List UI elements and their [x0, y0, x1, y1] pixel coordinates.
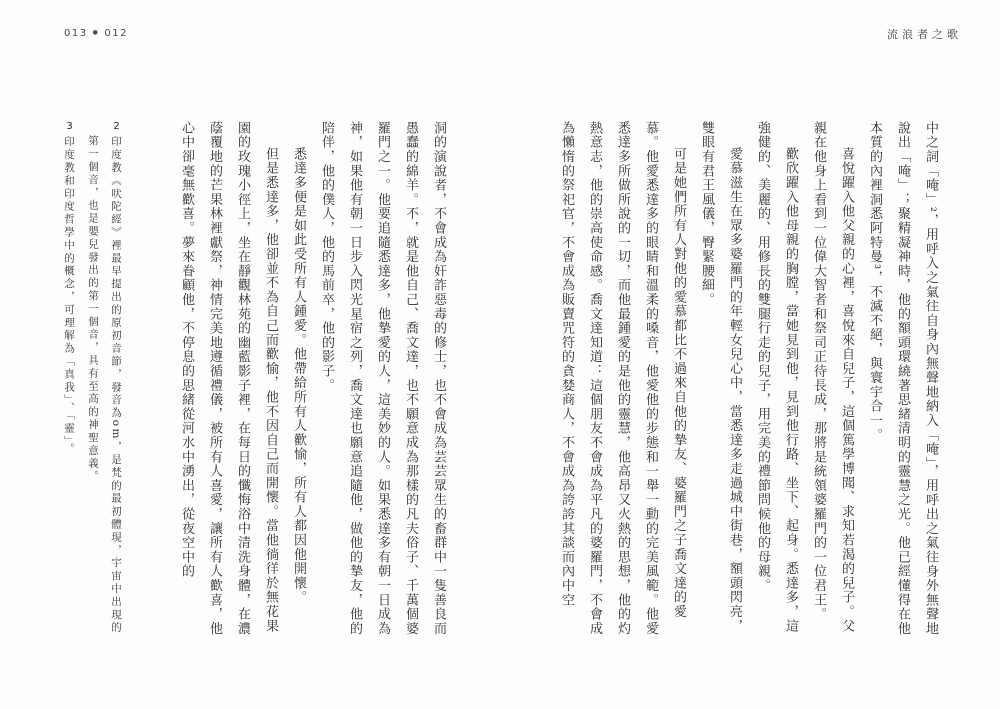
- page-numbers: 013●012: [64, 28, 128, 39]
- paragraph: 喜悅躍入他父親的心裡，喜悅來自兒子，這個篤學博聞、求知若渴的兒子。父親在他身上看…: [804, 121, 860, 639]
- paragraph: 愛慕滋生在眾多婆羅門的年輕女兒心中，當悉達多走過城中街巷，額頭閃亮，雙眼有君王風…: [692, 121, 748, 639]
- footnote-text: 印度教《吠陀經》裡最早提出的原初音節，發音為om，是梵的最初體現，宇宙中出現的第…: [87, 135, 122, 634]
- book-spread: 013●012 流浪者之歌 中之詞「唵」²，用呼入之氣往自身內無聲地納入「唵」，…: [0, 0, 1000, 709]
- paragraph: 歡欣躍入他母親的胸膛，當她見到他，見到他行路、坐下、起身。悉達多，這強健的、美麗…: [748, 121, 804, 639]
- paragraph: 但是悉達多，他卻並不為自己而歡愉，他不因自己而開懷。當他徜徉於無花果園的玫瑰小徑…: [172, 121, 284, 639]
- page-number-right: 012: [104, 28, 128, 39]
- footnote-number: 2: [111, 121, 122, 132]
- paragraph: 可是她們所有人對他的愛慕都比不過來自他的摯友、婆羅門之子喬文達的愛慕。他愛悉達多…: [552, 121, 692, 639]
- page-number-separator-icon: ●: [93, 29, 100, 36]
- running-title: 流浪者之歌: [887, 26, 962, 42]
- page-number-left: 013: [64, 28, 88, 39]
- footnote-number: 3: [64, 121, 75, 132]
- right-page-text: 中之詞「唵」²，用呼入之氣往自身內無聲地納入「唵」，用呼出之氣往身外無聲地說出「…: [552, 121, 944, 639]
- footnote: 3印度教和印度哲學中的概念，可理解為「真我」、「靈」。: [57, 121, 81, 639]
- footnote-text: 印度教和印度哲學中的概念，可理解為「真我」、「靈」。: [63, 136, 75, 456]
- paragraph: 洞的演說者，不會成為奸詐惡毒的修士，也不會成為芸芸眾生的畜群中一隻善良而愚蠢的綿…: [312, 121, 452, 639]
- paragraph: 中之詞「唵」²，用呼入之氣往自身內無聲地納入「唵」，用呼出之氣往身外無聲地說出「…: [860, 121, 944, 639]
- footnote: 2印度教《吠陀經》裡最早提出的原初音節，發音為om，是梵的最初體現，宇宙中出現的…: [81, 121, 128, 639]
- footnotes: 2印度教《吠陀經》裡最早提出的原初音節，發音為om，是梵的最初體現，宇宙中出現的…: [36, 121, 128, 639]
- paragraph: 悉達多便是如此受所有人鍾愛。他帶給所有人歡愉，所有人都因他開懷。: [284, 121, 312, 639]
- left-page-text: 洞的演說者，不會成為奸詐惡毒的修士，也不會成為芸芸眾生的畜群中一隻善良而愚蠢的綿…: [172, 121, 452, 639]
